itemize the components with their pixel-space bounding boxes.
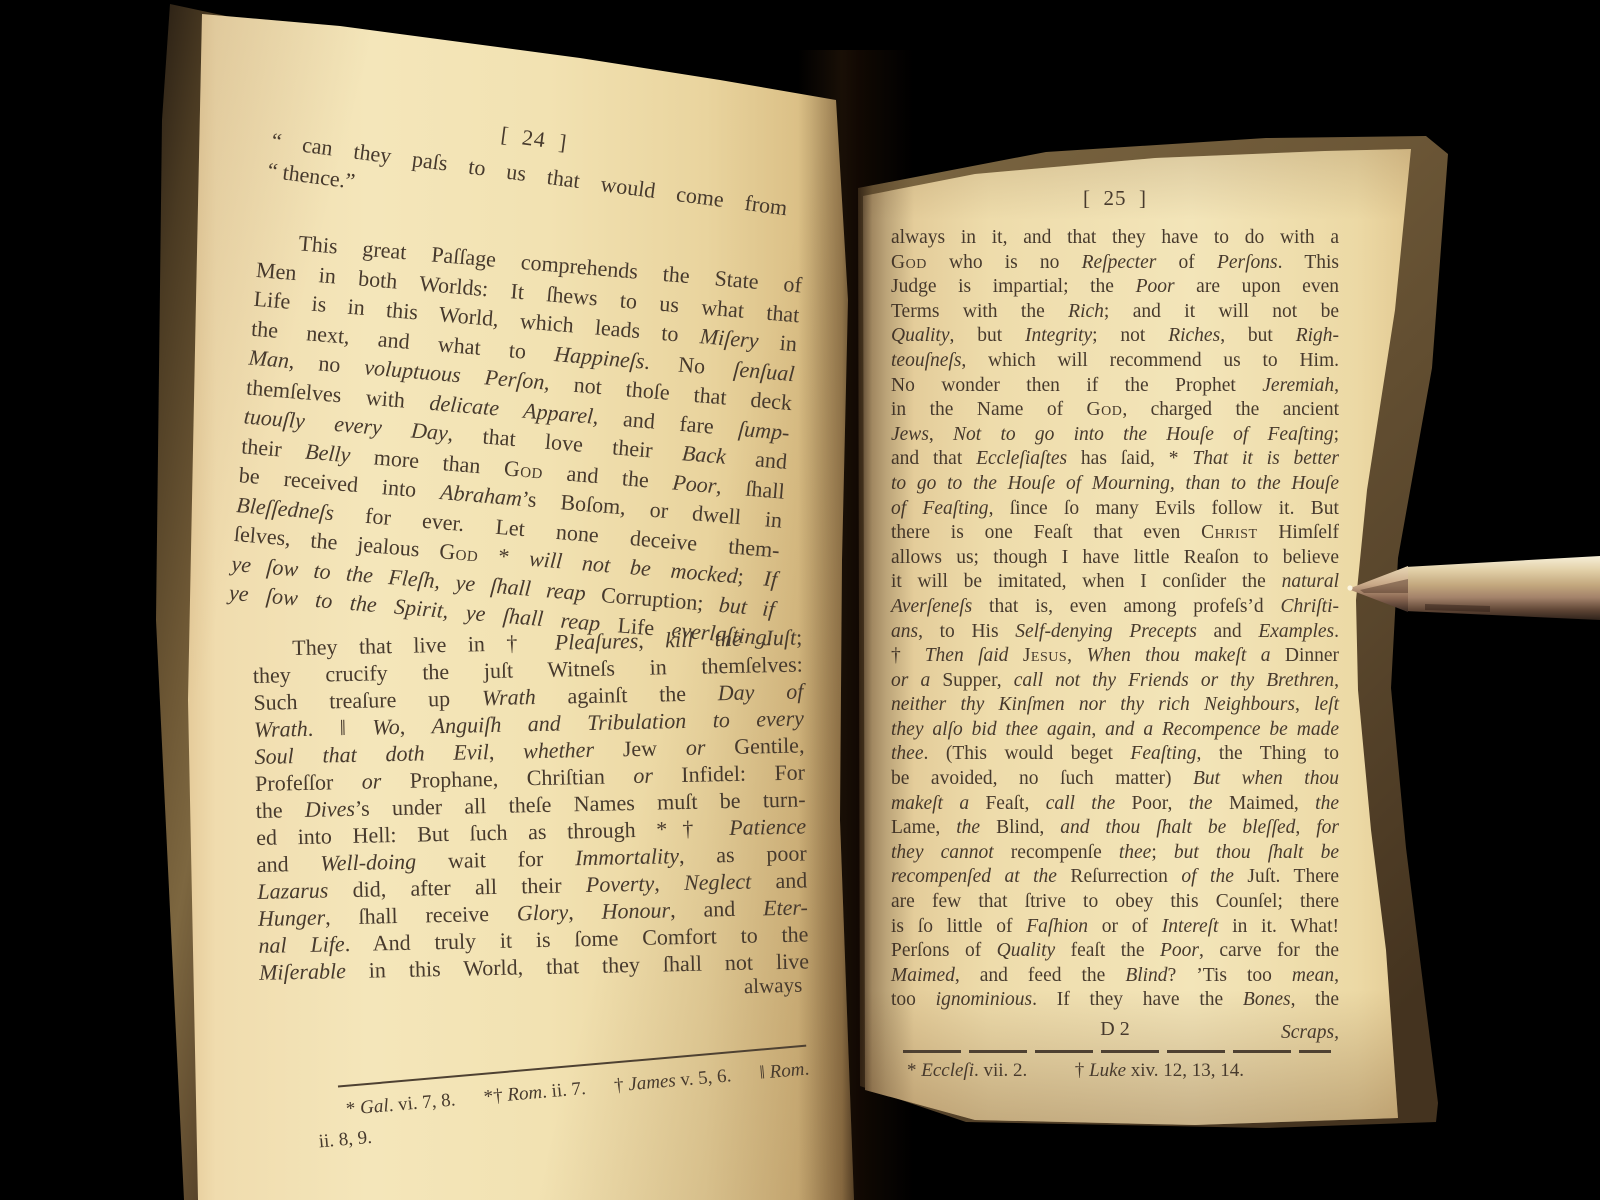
italic-text: thee — [891, 743, 923, 764]
italic-text: Well-doing — [320, 849, 416, 876]
right-page-body: always in it, and that they have to do w… — [891, 226, 1339, 1013]
text-line: Jews, Not to go into the Houſe of Feaſti… — [891, 423, 1339, 448]
italic-text: thee — [1119, 842, 1151, 863]
right-page-header: [ 25 ] — [891, 186, 1339, 211]
italic-text: Wrath — [482, 684, 536, 710]
text-line: makeſt a Feaſt, call the Poor, the Maime… — [891, 792, 1339, 817]
italic-text: Wo — [372, 714, 400, 740]
italic-text: Averſeneſs — [891, 596, 972, 617]
italic-text: the — [956, 817, 980, 838]
italic-text: Poor — [1136, 276, 1175, 297]
italic-text: but if — [718, 591, 776, 621]
left-page: [ 24 ] “ can they paſs to us that would … — [160, 0, 860, 1200]
text-line: Judge is impartial; the Poor are upon ev… — [891, 275, 1339, 300]
italic-text: Integrity — [1025, 325, 1092, 346]
italic-text: Poverty — [586, 871, 655, 897]
italic-text: Perſons — [1217, 252, 1278, 273]
text-line: Lame, the Blind, and thou ſhalt be bleſſ… — [891, 816, 1339, 841]
italic-text: Man — [248, 345, 290, 373]
signature-row: D 2 Scraps, — [891, 1018, 1339, 1044]
pen-shaft-smudge — [1425, 604, 1490, 612]
italic-text: Chriſti- — [1280, 596, 1339, 617]
italic-text: the — [1315, 793, 1339, 814]
italic-text: Not to go into the Houſe of Feaſting — [953, 424, 1334, 445]
page-number-25: [ 25 ] — [891, 186, 1339, 211]
italic-text: If — [763, 565, 778, 591]
italic-text: Riches — [1168, 325, 1220, 346]
italic-text: James — [627, 1070, 676, 1095]
text-line: † Then ſaid Jesus, When thou makeſt a Di… — [891, 644, 1339, 669]
italic-text: Quality — [891, 325, 950, 346]
italic-text: ignominious — [936, 989, 1032, 1010]
italic-text: Pleaſures — [555, 628, 639, 655]
small-caps-text: God — [1087, 399, 1123, 420]
paragraph-2: They that live in † Pleaſures, kill the … — [252, 623, 809, 985]
italic-text: makeſt a — [891, 793, 969, 814]
italic-text: Back — [681, 440, 727, 469]
italic-text: That it is better — [1192, 448, 1339, 469]
italic-text: call the — [1046, 793, 1115, 814]
pen-shaft — [1405, 556, 1600, 620]
small-caps-text: Christ — [1201, 522, 1257, 543]
italic-text: Then ſaid — [925, 645, 1009, 666]
italic-text: the — [1189, 793, 1213, 814]
small-caps-text: God — [891, 252, 927, 273]
italic-text: Poor — [1160, 940, 1199, 961]
text-line: ans, to His Self-denying Precepts and Ex… — [891, 620, 1339, 645]
italic-text: and thou ſhalt be bleſſed — [1060, 817, 1295, 838]
text-line: there is one Feaſt that even Christ Himſ… — [891, 521, 1339, 546]
italic-text: Rom — [769, 1059, 806, 1083]
footnotes-right: * Eccleſi. vii. 2. † Luke xiv. 12, 13, 1… — [907, 1060, 1337, 1082]
text-line: they alſo bid thee again, and a Recompen… — [891, 718, 1339, 743]
italic-text: Examples — [1258, 621, 1334, 642]
catchword-scraps: Scraps, — [1281, 1022, 1339, 1044]
italic-text: Lazarus — [257, 877, 328, 903]
small-caps-text: God — [438, 538, 479, 566]
text-line: always in it, and that they have to do w… — [891, 226, 1339, 251]
text-line: are few that ſtrive to obey this Counſel… — [891, 890, 1339, 915]
italic-text: Feaſting — [1130, 743, 1196, 764]
italic-text: Righ- — [1296, 325, 1339, 346]
italic-text: Self-denying Precepts — [1015, 621, 1197, 642]
text-line: or a Supper, call not thy Friends or thy… — [891, 669, 1339, 694]
italic-text: Rich — [1068, 301, 1104, 322]
text-line: God who is no Reſpecter of Perſons. This — [891, 251, 1339, 276]
italic-text: Jews — [891, 424, 929, 445]
italic-text: ſump- — [737, 415, 790, 444]
italic-text: Soul that doth Evil — [254, 739, 489, 769]
italic-text: Neglect — [684, 869, 752, 895]
text-line: of Feaſting, ſince ſo many Evils follow … — [891, 497, 1339, 522]
italic-text: ſenſual — [733, 356, 796, 386]
italic-text: or — [361, 768, 381, 793]
italic-text: ans — [891, 621, 918, 642]
italic-text: Abraham — [439, 479, 523, 511]
italic-text: recompenſed at the — [891, 866, 1057, 887]
paragraph-1: This great Paſſage comprehends the State… — [228, 225, 803, 653]
italic-text: they cannot — [891, 842, 994, 863]
italic-text: Eccleſiaſtes — [976, 448, 1067, 469]
text-line: is ſo little of Faſhion or of Intereſt i… — [891, 915, 1339, 940]
italic-text: Immortality — [575, 843, 679, 870]
left-page-top-group: [ 24 ] “ can they paſs to us that would … — [266, 92, 794, 253]
italic-text: Bones — [1243, 989, 1291, 1010]
italic-text: Reſpecter — [1082, 252, 1157, 273]
text-line: to go to the Houſe of Mourning, than to … — [891, 472, 1339, 497]
italic-text: Maimed — [891, 965, 955, 986]
italic-text: to go to the Houſe of Mourning, than to … — [891, 473, 1339, 494]
text-line: in the Name of God, charged the ancient — [891, 398, 1339, 423]
italic-text: and a Recompence be made — [1105, 719, 1339, 740]
photo-of-open-book: { "scene": { "description_colors": { "ba… — [0, 0, 1600, 1200]
text-line: they cannot recompenſe thee; but thou ſh… — [891, 841, 1339, 866]
italic-text: or a — [891, 670, 930, 691]
text-line: recompenſed at the Reſurrection of the J… — [891, 865, 1339, 890]
italic-text: Poor — [672, 469, 718, 498]
italic-text: Gal — [359, 1095, 389, 1118]
italic-text: Faſhion — [1026, 916, 1088, 937]
text-line: Terms with the Rich; and it will not be — [891, 300, 1339, 325]
text-line: neither thy Kinſmen nor thy rich Neighbo… — [891, 693, 1339, 718]
italic-text: Intereſt — [1162, 916, 1219, 937]
text-line: Maimed, and feed the Blind? ’Tis too mea… — [891, 964, 1339, 989]
italic-text: call not thy Friends or thy Brethren — [1014, 670, 1334, 691]
italic-text: mean — [1292, 965, 1334, 986]
italic-text: Day of — [718, 678, 804, 705]
italic-text: but thou ſhalt be — [1174, 842, 1339, 863]
italic-text: kill the Juſt — [665, 625, 796, 653]
italic-text: of Feaſting — [891, 498, 989, 519]
italic-text: Hunger — [258, 905, 326, 931]
small-caps-text: Jesus — [1023, 645, 1067, 666]
italic-text: natural — [1282, 571, 1339, 592]
italic-text: Jeremiah — [1262, 375, 1334, 396]
signature-mark: D 2 — [1100, 1018, 1129, 1040]
italic-text: whether — [523, 737, 594, 763]
italic-text: or — [686, 735, 706, 760]
text-line: No wonder then if the Prophet Jeremiah, — [891, 374, 1339, 399]
italic-text: leſt — [1314, 694, 1339, 715]
italic-text: Honour — [601, 897, 670, 923]
italic-text: Luke — [1089, 1060, 1126, 1081]
text-line: it will be imitated, when I conſider the… — [891, 570, 1339, 595]
footnote-rule — [903, 1050, 1331, 1053]
footnote-line: * Eccleſi. vii. 2. † Luke xiv. 12, 13, 1… — [907, 1060, 1337, 1082]
italic-text: Quality — [997, 940, 1056, 961]
text-line: thee. (This would beget Feaſting, the Th… — [891, 742, 1339, 767]
text-line: Averſeneſs that is, even among profeſs’d… — [891, 595, 1339, 620]
italic-text: for — [1316, 817, 1339, 838]
italic-text: Rom — [507, 1082, 544, 1106]
text-line: allows us; though I have little Reaſon t… — [891, 546, 1339, 571]
italic-text: Eter- — [763, 894, 808, 920]
italic-text: Eccleſi — [921, 1060, 974, 1081]
text-line: Quality, but Integrity; not Riches, but … — [891, 324, 1339, 349]
text-line: teouſneſs, which will recommend us to Hi… — [891, 349, 1339, 374]
italic-text: Patience — [729, 813, 806, 840]
text-line: Perſons of Quality feaſt the Poor, carve… — [891, 939, 1339, 964]
small-caps-text: God — [503, 455, 544, 483]
italic-text: Miſery — [699, 323, 760, 353]
italic-text: When thou makeſt a — [1086, 645, 1270, 666]
footnotes-left: * Gal. vi. 7, 8. *† Rom. ii. 7. † James … — [310, 1044, 824, 1154]
italic-text: or — [633, 763, 653, 788]
italic-text: teouſneſs — [891, 350, 961, 371]
text-line: too ignominious. If they have the Bones,… — [891, 988, 1339, 1013]
italic-text: Miſerable — [259, 958, 346, 985]
italic-text: Wrath — [254, 716, 308, 742]
italic-text: But when thou — [1193, 768, 1339, 789]
italic-text: Belly — [304, 438, 351, 467]
italic-text: they alſo bid thee again — [891, 719, 1091, 740]
text-line: and that Eccleſiaſtes has ſaid, * That i… — [891, 447, 1339, 472]
italic-text: of the — [1181, 866, 1233, 887]
italic-text: Glory — [517, 899, 569, 925]
italic-text: Blind — [1125, 965, 1167, 986]
italic-text: Dives — [305, 796, 356, 822]
italic-text: nal Life — [258, 931, 345, 958]
italic-text: neither thy Kinſmen nor thy rich Neighbo… — [891, 694, 1295, 715]
text-line: be avoided, no ſuch matter) But when tho… — [891, 767, 1339, 792]
